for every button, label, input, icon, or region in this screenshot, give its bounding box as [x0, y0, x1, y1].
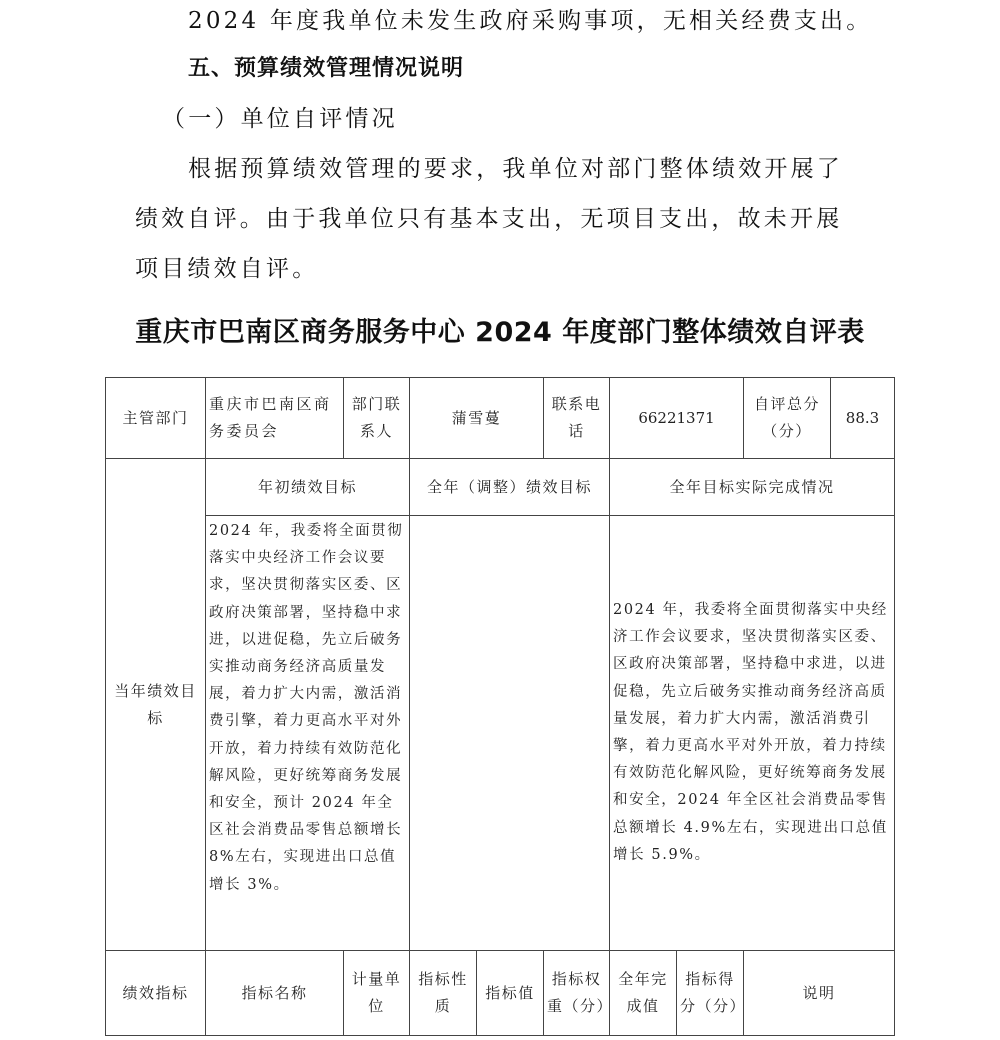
initial-goal-header: 年初绩效目标: [258, 474, 357, 501]
dept-label: 主管部门: [122, 405, 188, 432]
col-actual-value-label: 全年完成值: [613, 966, 673, 1020]
annual-goal-section-label: 当年绩效目标: [109, 678, 202, 732]
table-title: 重庆市巴南区商务服务中心 2024 年度部门整体绩效自评表: [0, 310, 1000, 349]
score-label-cell: 自评总分（分）: [743, 377, 831, 459]
col-score: 指标得分（分）: [676, 950, 744, 1036]
contact-value-cell: 蒲雪蔓: [409, 377, 544, 459]
col-indicator-name-label: 指标名称: [241, 980, 307, 1007]
contact-label-cell: 部门联系人: [343, 377, 410, 459]
contact-label: 部门联系人: [347, 391, 406, 445]
adjusted-goal-header-cell: 全年（调整）绩效目标: [409, 458, 610, 516]
col-nature: 指标性质: [409, 950, 477, 1036]
adjusted-goal-text-cell: [409, 515, 610, 951]
initial-goal-header-cell: 年初绩效目标: [205, 458, 410, 516]
initial-goal-text-cell: 2024 年，我委将全面贯彻落实中央经济工作会议要求，坚决贯彻落实区委、区政府决…: [205, 515, 410, 951]
col-weight-label: 指标权重（分）: [547, 966, 606, 1020]
indicators-label-cell: 绩效指标: [105, 950, 206, 1036]
score-label: 自评总分（分）: [747, 391, 827, 445]
subsection-heading-self-eval: （一）单位自评情况: [162, 94, 398, 144]
annual-goal-section-label-cell: 当年绩效目标: [105, 458, 206, 951]
col-weight: 指标权重（分）: [543, 950, 610, 1036]
phone-label: 联系电话: [547, 391, 606, 445]
indicators-label: 绩效指标: [122, 980, 188, 1007]
section-heading-budget-performance: 五、预算绩效管理情况说明: [188, 44, 464, 94]
col-nature-label: 指标性质: [413, 966, 473, 1020]
phone-value-cell: 66221371: [609, 377, 744, 459]
col-remarks: 说明: [743, 950, 895, 1036]
dept-value: 重庆市巴南区商务委员会: [209, 391, 340, 445]
phone-value: 66221371: [638, 405, 714, 432]
col-score-label: 指标得分（分）: [680, 966, 740, 1020]
actual-text-cell: 2024 年，我委将全面贯彻落实中央经济工作会议要求，坚决贯彻落实区委、区政府决…: [609, 515, 895, 951]
actual-header-cell: 全年目标实际完成情况: [609, 458, 895, 516]
col-unit-label: 计量单位: [347, 966, 406, 1020]
col-indicator-name: 指标名称: [205, 950, 344, 1036]
col-remarks-label: 说明: [802, 980, 835, 1007]
score-value: 88.3: [846, 405, 879, 432]
dept-label-cell: 主管部门: [105, 377, 206, 459]
procurement-paragraph: 2024 年度我单位未发生政府采购事项，无相关经费支出。: [188, 0, 872, 46]
col-target-value: 指标值: [476, 950, 544, 1036]
score-value-cell: 88.3: [830, 377, 895, 459]
phone-label-cell: 联系电话: [543, 377, 610, 459]
dept-value-cell: 重庆市巴南区商务委员会: [205, 377, 344, 459]
self-eval-paragraph-line2: 绩效自评。由于我单位只有基本支出，无项目支出，故未开展: [135, 194, 842, 244]
self-eval-paragraph-line1: 根据预算绩效管理的要求，我单位对部门整体绩效开展了: [188, 144, 843, 194]
adjusted-goal-header: 全年（调整）绩效目标: [427, 474, 592, 501]
col-actual-value: 全年完成值: [609, 950, 677, 1036]
self-eval-paragraph-line3: 项目绩效自评。: [135, 244, 318, 294]
actual-text: 2024 年，我委将全面贯彻落实中央经济工作会议要求，坚决贯彻落实区委、区政府决…: [613, 597, 891, 869]
actual-header: 全年目标实际完成情况: [669, 474, 834, 501]
col-target-value-label: 指标值: [485, 980, 535, 1007]
col-unit: 计量单位: [343, 950, 410, 1036]
contact-value: 蒲雪蔓: [452, 405, 502, 432]
initial-goal-text: 2024 年，我委将全面贯彻落实中央经济工作会议要求，坚决贯彻落实区委、区政府决…: [209, 518, 406, 899]
